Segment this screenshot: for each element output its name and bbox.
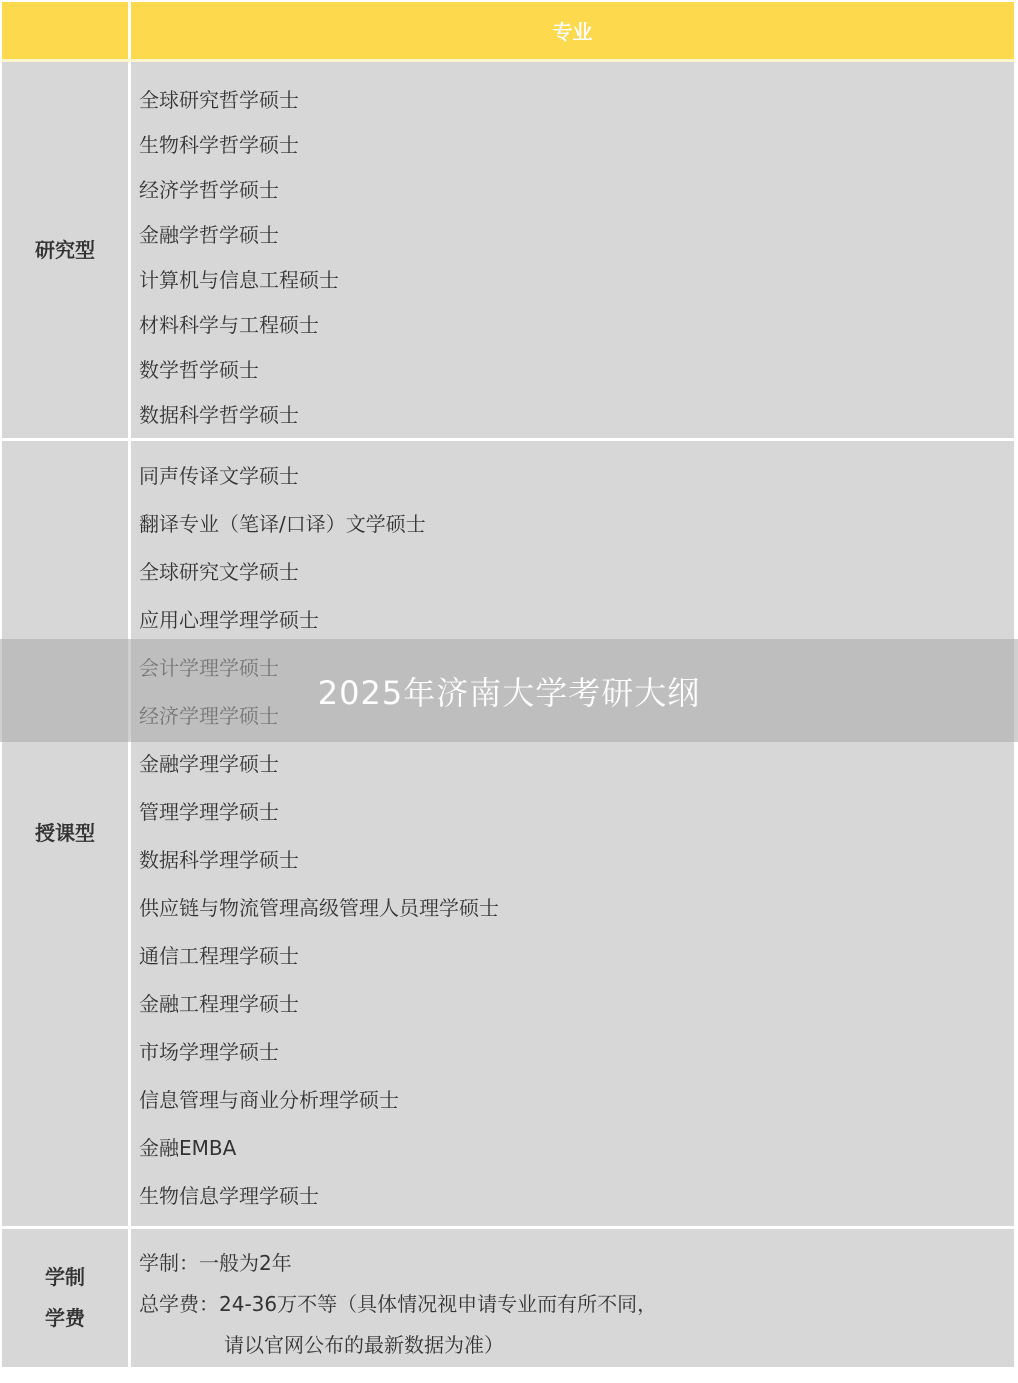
- category-label: 研究型: [35, 230, 95, 271]
- list-item: 数据科学理学硕士: [139, 836, 1014, 884]
- watermark-text: 2025年济南大学考研大纲: [318, 668, 700, 714]
- program-list: 全球研究哲学硕士 生物科学哲学硕士 经济学哲学硕士 金融学哲学硕士 计算机与信息…: [131, 62, 1014, 438]
- duration-text: 学制：一般为2年: [139, 1243, 1014, 1284]
- list-item: 全球研究文学硕士: [139, 548, 1014, 596]
- category-cell: 研究型: [2, 62, 131, 438]
- program-list: 同声传译文学硕士 翻译专业（笔译/口译）文学硕士 全球研究文学硕士 应用心理学理…: [131, 441, 1014, 1226]
- fee-note-text: 请以官网公布的最新数据为准）: [139, 1325, 1014, 1366]
- category-cell: 授课型: [2, 441, 131, 1226]
- table-header-row: 专业: [2, 2, 1014, 62]
- list-item: 全球研究哲学硕士: [139, 78, 1014, 123]
- list-item: 管理学理学硕士: [139, 788, 1014, 836]
- list-item: 计算机与信息工程硕士: [139, 258, 1014, 303]
- list-item: 生物科学哲学硕士: [139, 123, 1014, 168]
- fee-text: 总学费：24-36万不等（具体情况视申请专业而有所不同，: [139, 1284, 1014, 1325]
- category-cell: 学制 学费: [2, 1229, 131, 1367]
- list-item: 信息管理与商业分析理学硕士: [139, 1076, 1014, 1124]
- list-item: 金融EMBA: [139, 1124, 1014, 1172]
- list-item: 数学哲学硕士: [139, 348, 1014, 393]
- list-item: 应用心理学理学硕士: [139, 596, 1014, 644]
- list-item: 生物信息学理学硕士: [139, 1172, 1014, 1220]
- list-item: 通信工程理学硕士: [139, 932, 1014, 980]
- duration-fee-section: 学制 学费 学制：一般为2年 总学费：24-36万不等（具体情况视申请专业而有所…: [2, 1229, 1014, 1367]
- list-item: 同声传译文学硕士: [139, 452, 1014, 500]
- list-item: 数据科学哲学硕士: [139, 393, 1014, 438]
- category-label: 授课型: [35, 813, 95, 854]
- taught-section: 授课型 同声传译文学硕士 翻译专业（笔译/口译）文学硕士 全球研究文学硕士 应用…: [2, 441, 1014, 1229]
- fee-info: 学制：一般为2年 总学费：24-36万不等（具体情况视申请专业而有所不同， 请以…: [131, 1229, 1014, 1367]
- header-left-cell: [2, 2, 131, 59]
- list-item: 金融学哲学硕士: [139, 213, 1014, 258]
- list-item: 经济学哲学硕士: [139, 168, 1014, 213]
- list-item: 材料科学与工程硕士: [139, 303, 1014, 348]
- list-item: 金融学理学硕士: [139, 740, 1014, 788]
- watermark-banner: 2025年济南大学考研大纲: [0, 639, 1018, 742]
- category-label-fee: 学费: [45, 1298, 85, 1339]
- list-item: 供应链与物流管理高级管理人员理学硕士: [139, 884, 1014, 932]
- list-item: 翻译专业（笔译/口译）文学硕士: [139, 500, 1014, 548]
- header-major-label: 专业: [131, 2, 1014, 59]
- research-section: 研究型 全球研究哲学硕士 生物科学哲学硕士 经济学哲学硕士 金融学哲学硕士 计算…: [2, 62, 1014, 441]
- list-item: 市场学理学硕士: [139, 1028, 1014, 1076]
- list-item: 金融工程理学硕士: [139, 980, 1014, 1028]
- category-label-duration: 学制: [45, 1257, 85, 1298]
